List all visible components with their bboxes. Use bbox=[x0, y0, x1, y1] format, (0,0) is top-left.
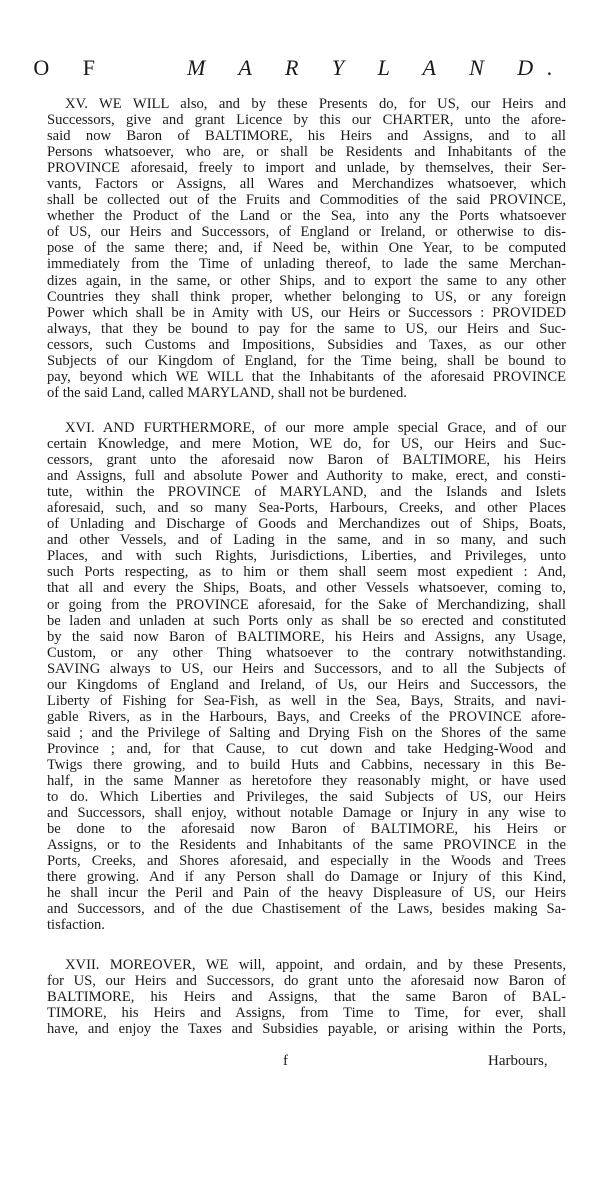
text-line: have, and enjoy the Taxes and Subsidies … bbox=[47, 1021, 566, 1037]
text-line: be done to the aforesaid now Baron of BA… bbox=[47, 821, 566, 837]
section-xvii: XVII. MOREOVER, WE will, appoint, and or… bbox=[47, 957, 566, 1037]
text-line: Ports, Creeks, and Shores aforesaid, and… bbox=[47, 853, 566, 869]
text-line: XVII. MOREOVER, WE will, appoint, and or… bbox=[47, 957, 566, 973]
text-line: pay, beyond which WE WILL that the Inhab… bbox=[47, 369, 566, 385]
text-line: pose of the same there; and, if Need be,… bbox=[47, 240, 566, 256]
section-xv: XV. WE WILL also, and by these Presents … bbox=[47, 96, 566, 401]
text-line: our Kingdoms of England and Ireland, of … bbox=[47, 677, 566, 693]
text-line: of Unlading and Discharge of Goods and M… bbox=[47, 516, 566, 532]
text-line: PROVINCE aforesaid, freely to import and… bbox=[47, 160, 566, 176]
text-line: immediately from the Time of unlading th… bbox=[47, 256, 566, 272]
text-line: by the said now Baron of BALTIMORE, his … bbox=[47, 629, 566, 645]
text-line: Countries they shall think proper, wheth… bbox=[47, 289, 566, 305]
text-line: and Successors, and of the due Chastisem… bbox=[47, 901, 566, 917]
text-line: TIMORE, his Heirs and Assigns, from Time… bbox=[47, 1005, 566, 1021]
text-line: and Assigns, full and absolute Power and… bbox=[47, 468, 566, 484]
text-line: or going from the PROVINCE aforesaid, fo… bbox=[47, 597, 566, 613]
text-line: be laden and unladen at such Ports only … bbox=[47, 613, 566, 629]
text-line: vants, Factors or Assigns, all Wares and… bbox=[47, 176, 566, 192]
text-line: XV. WE WILL also, and by these Presents … bbox=[47, 96, 566, 112]
text-line: of the said Land, called MARYLAND, shall… bbox=[47, 385, 566, 401]
running-head-title: M A R Y L A N D. bbox=[187, 55, 567, 80]
section-xvi: XVI. AND FURTHERMORE, of our more ample … bbox=[47, 420, 566, 934]
text-line: Liberty of Fishing for Sea-Fish, as well… bbox=[47, 693, 566, 709]
text-line: dizes again, in the same, or other Ships… bbox=[47, 273, 566, 289]
text-line: Successors, give and grant Licence by th… bbox=[47, 112, 566, 128]
text-line: certain Knowledge, and mere Motion, WE d… bbox=[47, 436, 566, 452]
text-line: Places, and with such Rights, Jurisdicti… bbox=[47, 548, 566, 564]
text-line: and Successors, shall enjoy, without not… bbox=[47, 805, 566, 821]
text-line: always, that they be bound to pay for th… bbox=[47, 321, 566, 337]
text-line: and other Vessels, and of Lading in the … bbox=[47, 532, 566, 548]
text-line: cessors, such Customs and Impositions, S… bbox=[47, 337, 566, 353]
text-line: Persons whatsoever, who are, or shall be… bbox=[47, 144, 566, 160]
text-line: XVI. AND FURTHERMORE, of our more ample … bbox=[47, 420, 566, 436]
text-line: Subjects of our Kingdom of England, for … bbox=[47, 353, 566, 369]
text-line: said ; and the Privilege of Salting and … bbox=[47, 725, 566, 741]
text-line: to do. Which Liberties and Privileges, t… bbox=[47, 789, 566, 805]
text-line: said now Baron of BALTIMORE, his Heirs a… bbox=[47, 128, 566, 144]
text-line: cessors, grant unto the aforesaid now Ba… bbox=[47, 452, 566, 468]
text-line: he shall incur the Peril and Pain of the… bbox=[47, 885, 566, 901]
text-line: Assigns, or to the Residents and Inhabit… bbox=[47, 837, 566, 853]
text-line: SAVING always to US, our Heirs and Succe… bbox=[47, 661, 566, 677]
text-line: that all and every the Ships, Boats, and… bbox=[47, 580, 566, 596]
text-line: BALTIMORE, his Heirs and Assigns, that t… bbox=[47, 989, 566, 1005]
text-line: there growing. And if any Person shall d… bbox=[47, 869, 566, 885]
text-line: for US, our Heirs and Successors, do gra… bbox=[47, 973, 566, 989]
text-line: Twigs there growing, and to build Huts a… bbox=[47, 757, 566, 773]
text-line: Custom, or any other Thing whatsoever to… bbox=[47, 645, 566, 661]
text-line: Power which shall be in Amity with US, o… bbox=[47, 305, 566, 321]
text-line: tisfaction. bbox=[47, 917, 566, 933]
running-head-prefix: O F bbox=[33, 55, 109, 80]
text-line: tute, within the PROVINCE of MARYLAND, a… bbox=[47, 484, 566, 500]
text-line: half, in the same Manner as heretofore t… bbox=[47, 773, 566, 789]
running-head: O F M A R Y L A N D. bbox=[0, 55, 600, 81]
text-line: Province ; and, for that Cause, to cut d… bbox=[47, 741, 566, 757]
text-line: shall be collected out of the Fruits and… bbox=[47, 192, 566, 208]
text-line: whether the Product of the Land or the S… bbox=[47, 208, 566, 224]
document-page: O F M A R Y L A N D. XV. WE WILL also, a… bbox=[0, 0, 600, 1178]
text-line: gable Rivers, as in the Harbours, Bays, … bbox=[47, 709, 566, 725]
signature-mark: f bbox=[283, 1053, 288, 1070]
text-line: of US, our Heirs and Successors, of Engl… bbox=[47, 224, 566, 240]
catchword: Harbours, bbox=[488, 1053, 548, 1070]
text-line: aforesaid, such, and so many Sea-Ports, … bbox=[47, 500, 566, 516]
text-line: such Ports respecting, as to him or them… bbox=[47, 564, 566, 580]
